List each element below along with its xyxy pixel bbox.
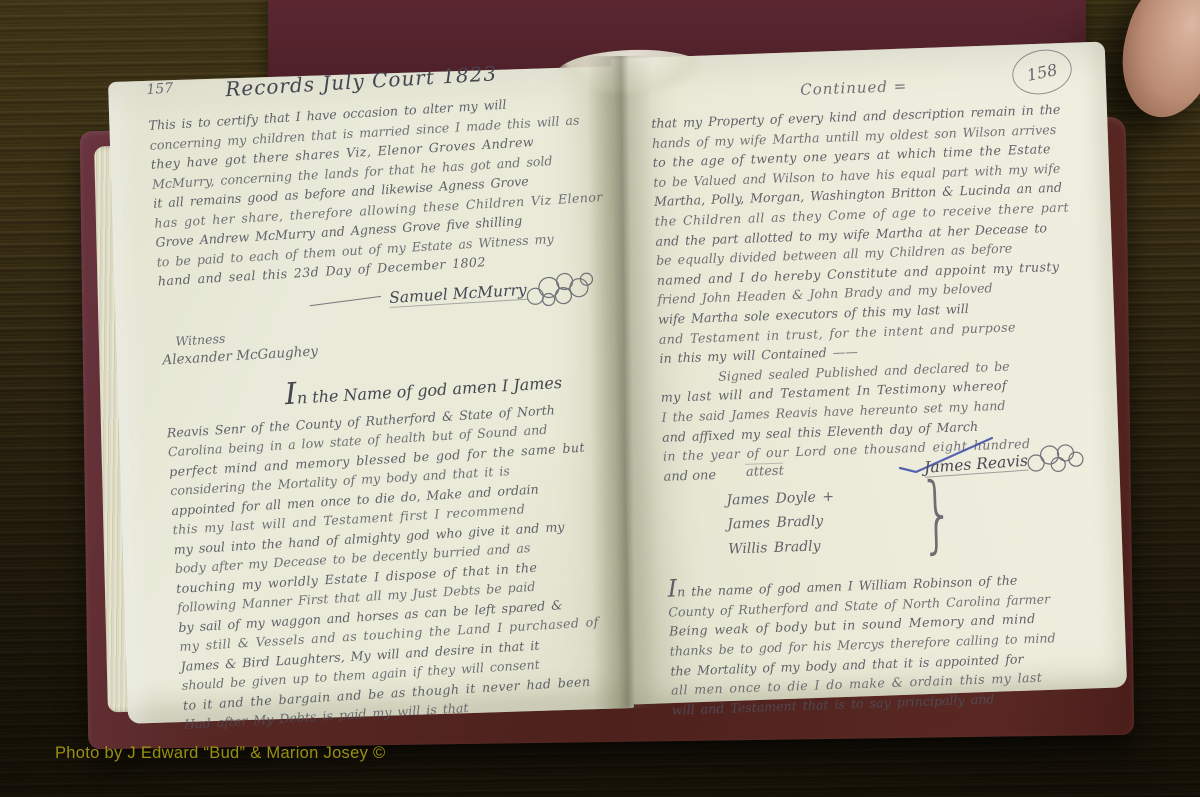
- signature-samuel-mcmurry: Samuel McMurry: [389, 281, 527, 308]
- page-number-left: 157: [146, 80, 174, 98]
- photo-scene: 157 Records July Court 1823 This is to c…: [0, 0, 1200, 797]
- attest-witnesses: James Doyle +James BradlyWillis Bradly: [726, 482, 918, 562]
- left-page-text: 157 Records July Court 1823 This is to c…: [146, 54, 652, 734]
- reavis-will-lines: Reavis Senr of the County of Rutherford …: [166, 395, 652, 734]
- reavis-continued-lines: that my Property of every kind and descr…: [651, 98, 1121, 466]
- seal-scribble-icon: [522, 268, 598, 308]
- seal-scribble-icon: [1023, 439, 1089, 477]
- signature-james-reavis: James Reavis: [924, 451, 1029, 477]
- robinson-will-lines: In the name of god amen I William Robins…: [667, 564, 1130, 720]
- handwritten-line: Willis Bradly: [728, 531, 919, 562]
- photo-credit-watermark: Photo by J Edward “Bud” & Marion Josey ©: [55, 744, 385, 763]
- right-page-text: Continued = that my Property of every ki…: [650, 70, 1130, 720]
- witness-block: James Doyle +James BradlyWillis Bradly }: [726, 482, 918, 562]
- attest-label: attest: [746, 462, 784, 479]
- finger: [1107, 0, 1200, 128]
- attest-lead: and one: [663, 468, 716, 486]
- pen-flourish: [310, 296, 382, 306]
- mcmurry-entry-lines: This is to certify that I have occasion …: [148, 88, 626, 291]
